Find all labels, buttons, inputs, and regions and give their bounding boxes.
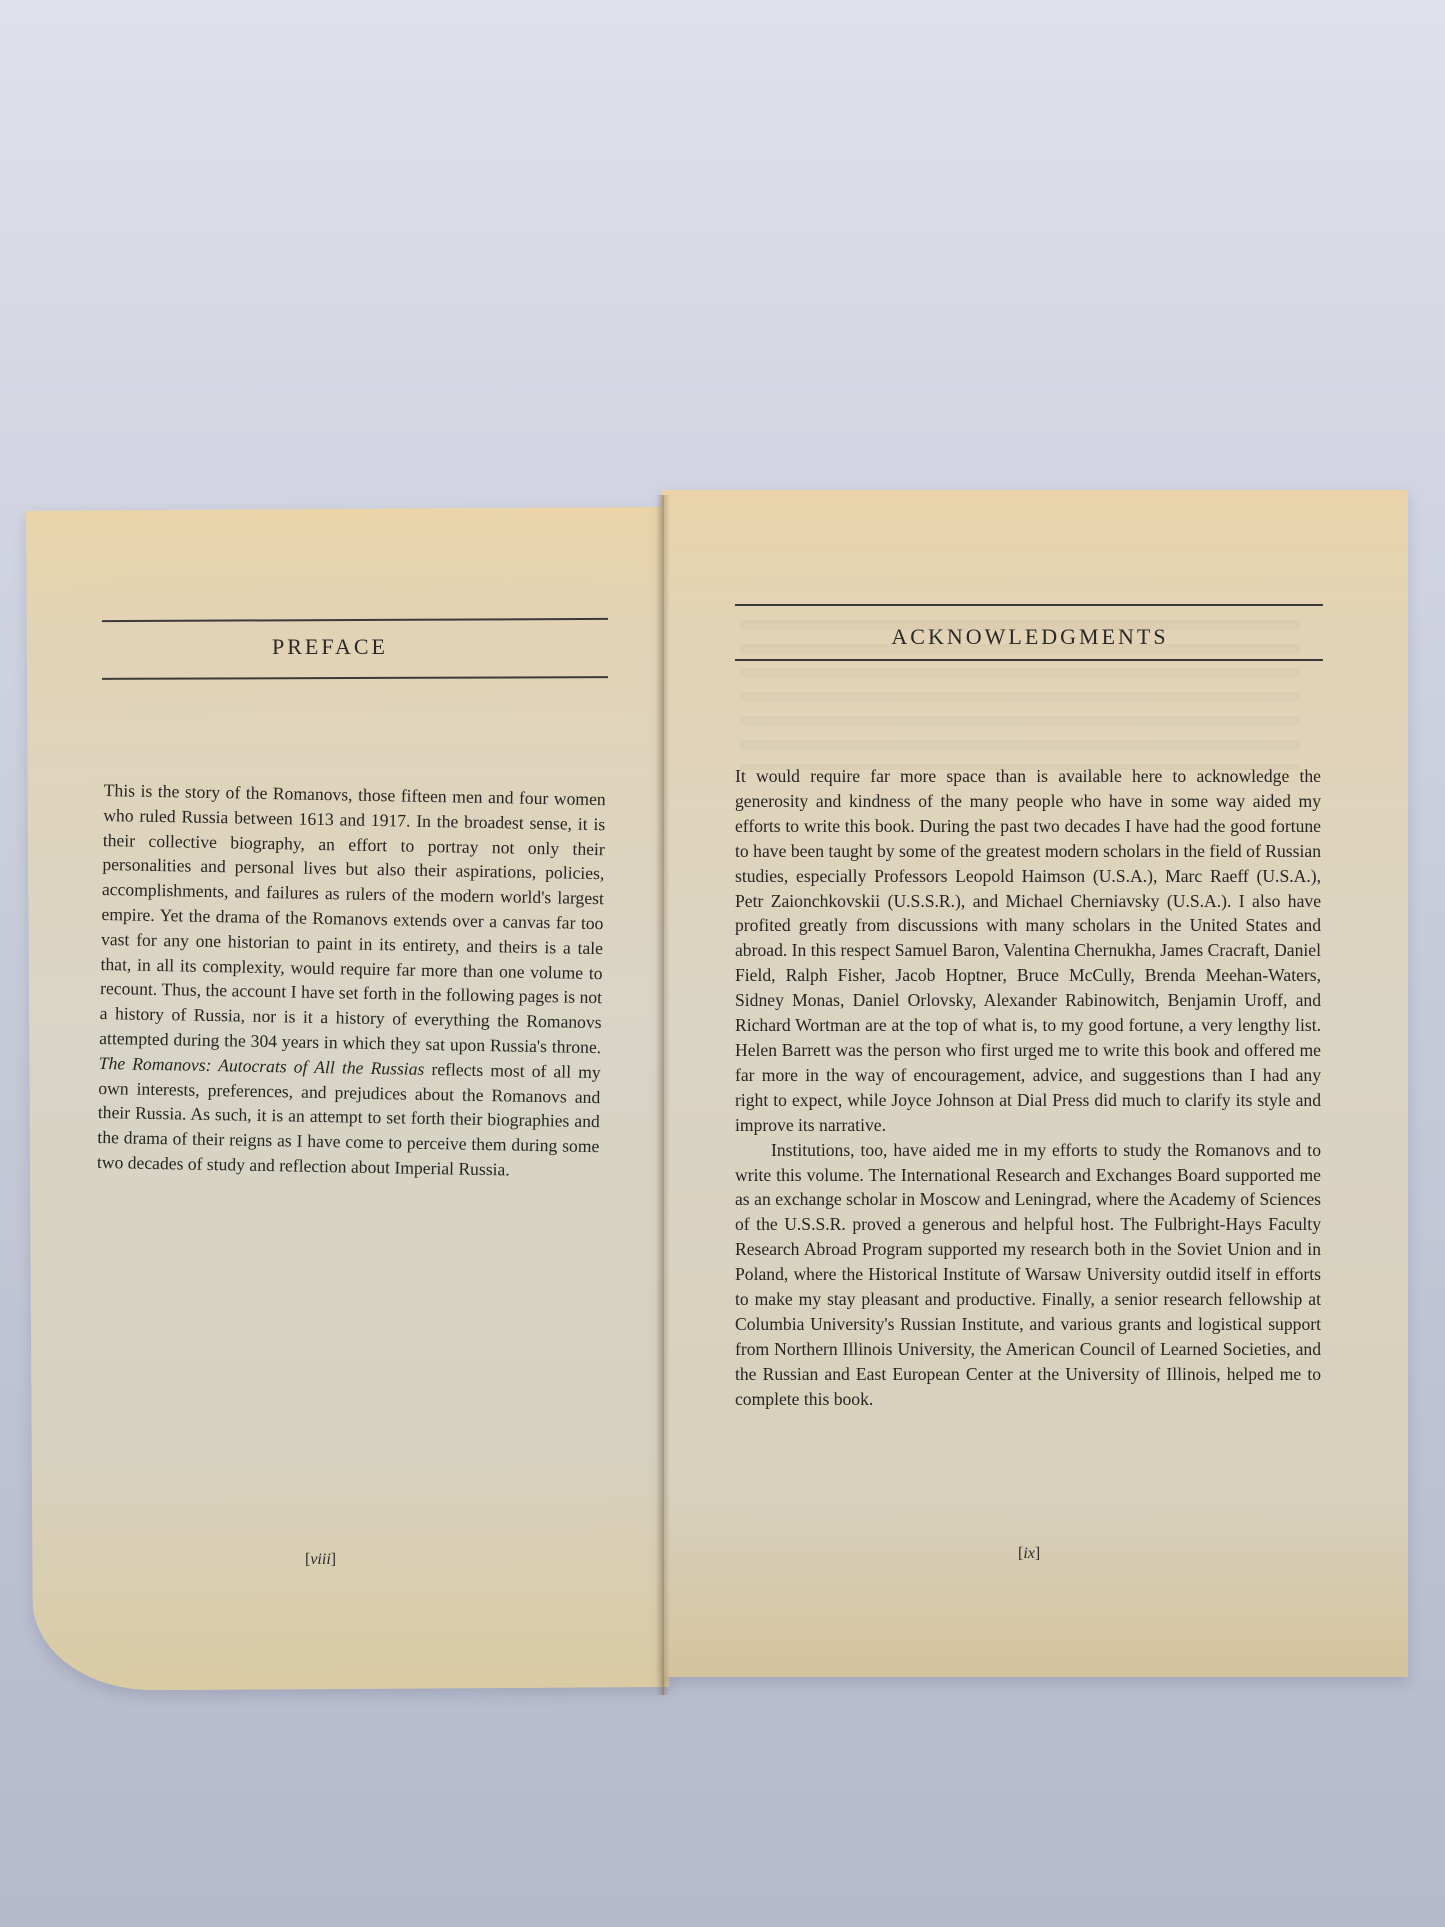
page-number-right-value: ix (1023, 1545, 1035, 1562)
page-number-right: [ix] (1018, 1545, 1040, 1563)
preface-paragraph: This is the story of the Romanovs, those… (99, 780, 606, 1057)
acknowledgments-bottom-rule (735, 659, 1323, 661)
preface-body: This is the story of the Romanovs, those… (97, 778, 606, 1184)
preface-heading: PREFACE (230, 634, 430, 660)
book-title-italic: The Romanovs: Autocrats of All the Russi… (99, 1053, 425, 1079)
acknowledgments-body: It would require far more space than is … (735, 764, 1321, 1412)
acknowledgments-heading: ACKNOWLEDGMENTS (820, 624, 1240, 650)
acknowledgments-paragraph-2: Institutions, too, have aided me in my e… (735, 1138, 1321, 1412)
page-number-left-value: viii (310, 1551, 330, 1568)
book-gutter (656, 495, 670, 1695)
acknowledgments-top-rule (735, 604, 1323, 606)
acknowledgments-paragraph-1: It would require far more space than is … (735, 764, 1321, 1138)
page-number-left: [viii] (305, 1551, 336, 1569)
